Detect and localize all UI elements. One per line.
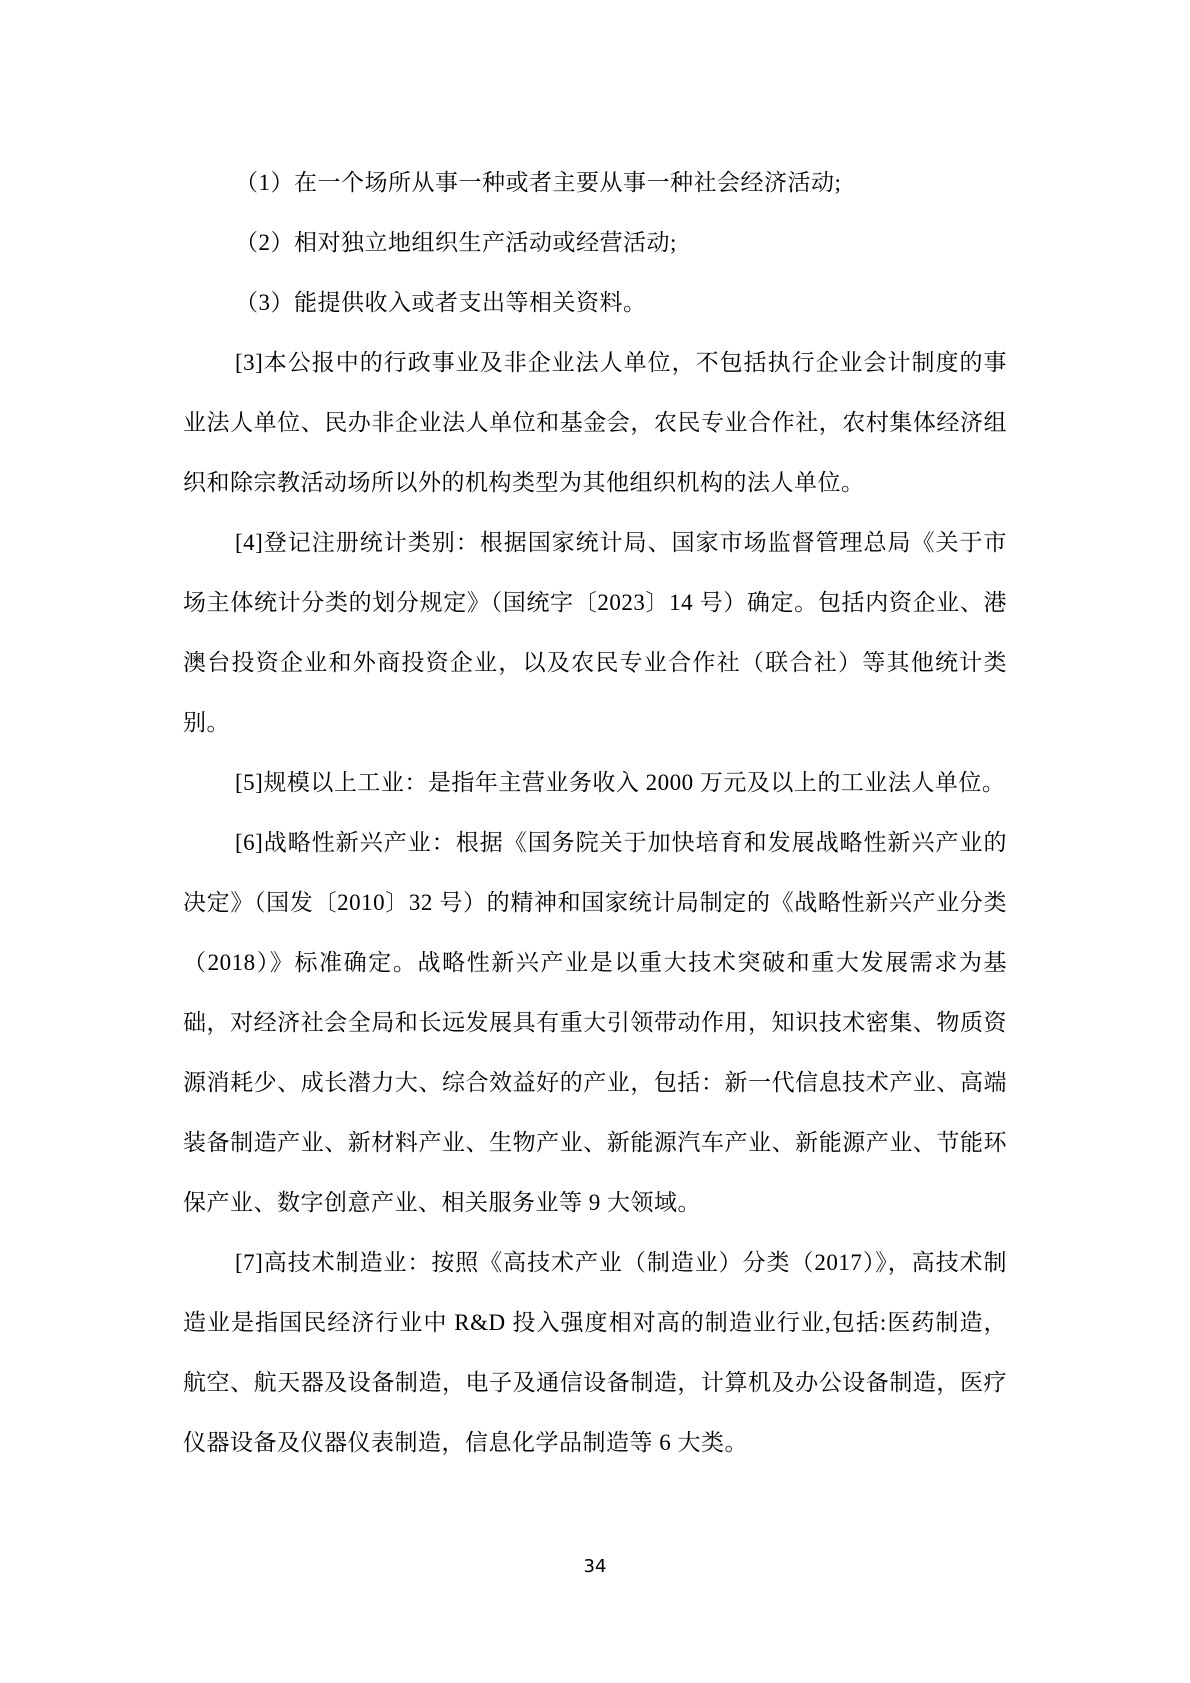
document-page: （1）在一个场所从事一种或者主要从事一种社会经济活动; （2）相对独立地组织生产… [0,0,1190,1683]
footnote-4: [4]登记注册统计类别：根据国家统计局、国家市场监督管理总局《关于市场主体统计分… [183,513,1007,753]
footnote-6: [6]战略性新兴产业：根据《国务院关于加快培育和发展战略性新兴产业的决定》（国发… [183,813,1007,1233]
list-item-2: （2）相对独立地组织生产活动或经营活动; [183,213,1007,273]
footnote-5: [5]规模以上工业：是指年主营业务收入 2000 万元及以上的工业法人单位。 [183,753,1007,813]
footnote-7: [7]高技术制造业：按照《高技术产业（制造业）分类（2017）》，高技术制造业是… [183,1233,1007,1473]
footnote-3: [3]本公报中的行政事业及非企业法人单位，不包括执行企业会计制度的事业法人单位、… [183,333,1007,513]
page-footer: 34 [0,1556,1190,1577]
list-item-3: （3）能提供收入或者支出等相关资料。 [183,273,1007,333]
document-body: （1）在一个场所从事一种或者主要从事一种社会经济活动; （2）相对独立地组织生产… [183,153,1007,1473]
list-item-1: （1）在一个场所从事一种或者主要从事一种社会经济活动; [183,153,1007,213]
page-number: 34 [584,1556,607,1577]
